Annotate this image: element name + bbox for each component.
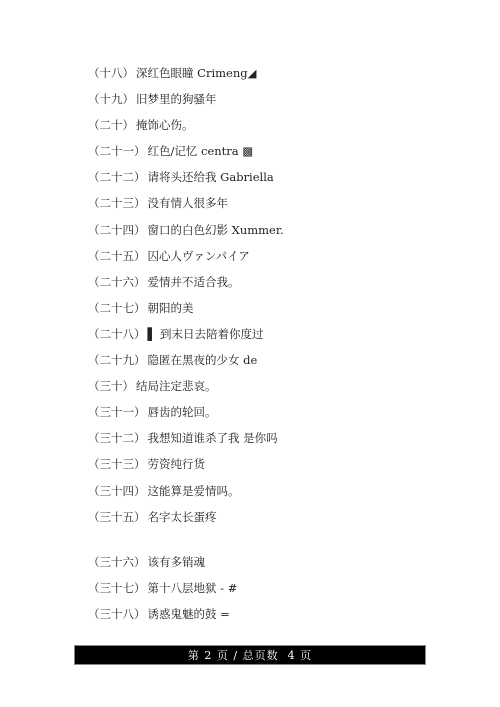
item-text: 没有情人很多年 [148,196,229,210]
item-number: （三十七） [88,581,146,595]
list-item: （三十八）诱惑鬼魅的鼓 = [88,604,284,630]
list-item: （二十九）隐匿在黑夜的少女 de [88,350,284,376]
list-item: （三十七）第十八层地狱 - # [88,578,284,604]
list-item: （二十）掩饰心伤。 [88,115,284,141]
nickname-list: （十八）深红色眼瞳 Crimeng◢ （十九）旧梦里的狗骚年 （二十）掩饰心伤。… [88,63,284,630]
list-item: （二十八）▌ 到末日去陪着你度过 [88,324,284,350]
item-number: （三十五） [88,510,146,524]
item-text: 爱情并不适合我。 [148,275,240,289]
item-number: （二十一） [88,144,146,158]
item-number: （三十八） [88,607,146,621]
item-number: （二十六） [88,275,146,289]
item-text: 诱惑鬼魅的鼓 = [148,607,230,621]
item-number: （二十八） [88,327,146,341]
item-number: （二十四） [88,223,146,237]
item-number: （三十二） [88,431,146,445]
item-number: （三十） [88,379,134,393]
item-number: （三十四） [88,484,146,498]
list-item: （二十六）爱情并不适合我。 [88,272,284,298]
item-text: 红色/记忆 centra ▩ [148,144,254,158]
item-number: （十九） [88,92,134,106]
list-item: （三十五）名字太长蛋疼 [88,507,284,533]
list-item: （十九）旧梦里的狗骚年 [88,89,284,115]
item-text: 该有多销魂 [148,555,206,569]
list-item: （三十六）该有多销魂 [88,552,284,578]
item-text: 囚心人ヴァンパイア [148,249,250,263]
item-text: 旧梦里的狗骚年 [136,92,217,106]
list-item: （三十一）唇齿的轮回。 [88,402,284,428]
item-text: 名字太长蛋疼 [148,510,217,524]
list-item: （三十四）这能算是爱情吗。 [88,481,284,507]
list-item: （二十二）请将头还给我 Gabriella [88,167,284,193]
item-number: （三十三） [88,457,146,471]
item-number: （十八） [88,66,134,80]
page-indicator: 第 2 页 / 总页数 4 页 [188,647,312,663]
item-text: 深红色眼瞳 Crimeng◢ [136,66,256,80]
item-text: 隐匿在黑夜的少女 de [148,353,258,367]
document-page: （十八）深红色眼瞳 Crimeng◢ （十九）旧梦里的狗骚年 （二十）掩饰心伤。… [0,0,500,707]
page-footer: 第 2 页 / 总页数 4 页 [74,645,426,665]
list-item: （二十三）没有情人很多年 [88,193,284,219]
item-number: （二十五） [88,249,146,263]
item-text: 劳资纯行货 [148,457,206,471]
list-item: （二十四）窗口的白色幻影 Xummer. [88,220,284,246]
item-number: （二十九） [88,353,146,367]
list-item: （二十一）红色/记忆 centra ▩ [88,141,284,167]
list-item: （二十五）囚心人ヴァンパイア [88,246,284,272]
item-number: （二十） [88,118,134,132]
item-text: 请将头还给我 Gabriella [148,170,274,184]
item-text: 这能算是爱情吗。 [148,484,240,498]
item-number: （三十六） [88,555,146,569]
list-item: （三十三）劳资纯行货 [88,454,284,480]
item-text: 第十八层地狱 - # [148,581,238,595]
list-item: （三十二）我想知道谁杀了我 是你吗 [88,428,284,454]
list-item: （三十）结局注定悲哀。 [88,376,284,402]
list-item: （十八）深红色眼瞳 Crimeng◢ [88,63,284,89]
item-number: （二十七） [88,301,146,315]
item-text: 掩饰心伤。 [136,118,194,132]
item-text: 结局注定悲哀。 [136,379,217,393]
item-text: 朝阳的美 [148,301,194,315]
list-item: （二十七）朝阳的美 [88,298,284,324]
item-number: （二十三） [88,196,146,210]
item-text: ▌ 到末日去陪着你度过 [148,327,264,341]
item-number: （二十二） [88,170,146,184]
item-text: 唇齿的轮回。 [148,405,217,419]
item-number: （三十一） [88,405,146,419]
item-text: 窗口的白色幻影 Xummer. [148,223,284,237]
item-text: 我想知道谁杀了我 是你吗 [148,431,278,445]
